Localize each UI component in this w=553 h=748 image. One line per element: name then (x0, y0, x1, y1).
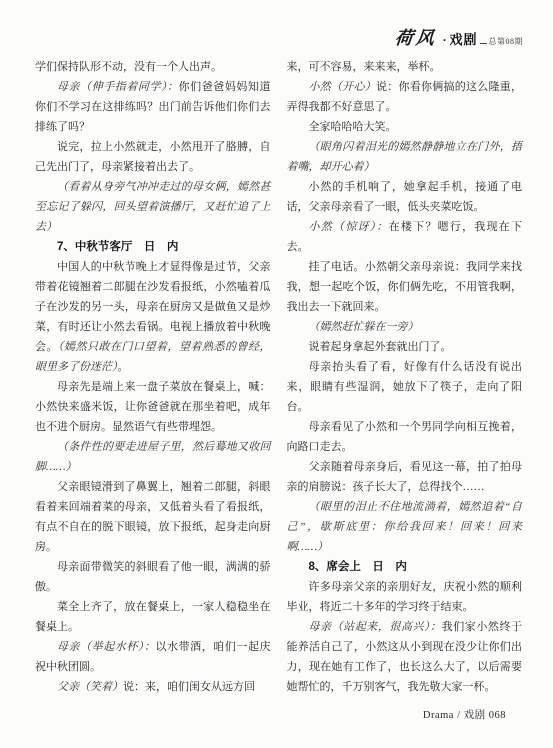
text-run: 说完，拉上小然就走，小然甩开了胳膊，自己先出门了，母亲紧接着出去了。 (35, 141, 271, 173)
script-paragraph: 来，可不容易，来来来，举杯。 (287, 57, 523, 77)
text-run: 7、中秋节客厅 日 内 (57, 241, 178, 253)
text-run: 母亲抬头看了看，好像有什么话没有说出来，眼睛有些湿润，她放下了筷子，走向了阳台。 (287, 361, 523, 413)
text-run: 母亲面带微笑的斜眼看了他一眼，满满的骄傲。 (35, 561, 271, 593)
script-paragraph: 小然的手机响了，她拿起手机，接通了电话，父亲母亲看了一眼，低头夹菜吃饭。 (287, 177, 523, 217)
text-run: （看着从身旁气冲冲走过的母女俩，嫣然甚至忘记了躲闪，回头望着演播厅，又赶忙追了上… (35, 181, 271, 233)
text-run: 许多母亲父亲的亲朋好友，庆祝小然的顺利毕业，将近二十多年的学习终于结束。 (287, 581, 523, 613)
script-paragraph: 许多母亲父亲的亲朋好友，庆祝小然的顺利毕业，将近二十多年的学习终于结束。 (287, 577, 523, 617)
text-run: 小然的手机响了，她拿起手机，接通了电话，父亲母亲看了一眼，低头夹菜吃饭。 (287, 181, 523, 213)
right-column: 来，可不容易，来来来，举杯。小然（开心）说：你看你俩搞的这么隆重，弄得我都不好意… (287, 57, 523, 697)
text-run: （嫣然赶忙躲在一旁） (309, 321, 419, 333)
script-paragraph: 全家哈哈哈大笑。 (287, 117, 523, 137)
character-cue: 父亲（笑着） (57, 681, 123, 693)
text-run: （条件性的要走进屋子里，然后蓦地又收回脚……） (35, 441, 271, 473)
script-paragraph: 菜全上齐了，放在餐桌上，一家人稳稳坐在餐桌上。 (35, 597, 271, 637)
text-run: 。 (118, 361, 129, 373)
script-paragraph: 母亲（伸手指着同学）：你们爸爸妈妈知道你们不学习在这排练吗？出门前告诉他们你们去… (35, 77, 271, 137)
text-run: 父亲眼镜滑到了鼻翼上，翘着二郎腿，斜眼看着来回端着菜的母亲，又低着头看了看报纸，… (35, 481, 271, 553)
text-run: 母亲先是端上来一盘子菜放在餐桌上，喊：小然快来盛米饭，让你爸爸就在那坐着吧，成年… (35, 381, 271, 433)
text-run: 菜全上齐了，放在餐桌上，一家人稳稳坐在餐桌上。 (35, 601, 271, 633)
text-run: 说着起身拿起外套就出门了。 (309, 341, 452, 353)
text-run: 来，可不容易，来来来，举杯。 (287, 61, 441, 73)
script-paragraph: 挂了电话。小然朝父亲母亲说：我同学来找我，想一起吃个饭，你们俩先吃，不用管我啊，… (287, 257, 523, 317)
stage-direction: （条件性的要走进屋子里，然后蓦地又收回脚……） (35, 437, 271, 477)
text-run: （眼角闪着泪光的嫣然静静地立在门外，捂着嘴，却开心着） (287, 141, 523, 173)
text-run: 中国人的中秋节晚上才显得像是过节，父亲带着花镜翘着二郎腿在沙发看报纸，小然嗑着瓜… (35, 261, 271, 353)
script-paragraph: 父亲（笑着）说：来，咱们闺女从远方回 (35, 677, 271, 697)
text-run: 挂了电话。小然朝父亲母亲说：我同学来找我，想一起吃个饭，你们俩先吃，不用管我啊，… (287, 261, 523, 313)
issue-number: 总第08期 (489, 36, 524, 47)
character-cue: 母亲（站起来，很高兴）： (309, 621, 442, 633)
script-paragraph: 母亲抬头看了看，好像有什么话没有说出来，眼睛有些湿润，她放下了筷子，走向了阳台。 (287, 357, 523, 417)
text-run: 8、席会上 日 内 (309, 561, 407, 573)
text-run: 说：来，咱们闺女从远方回 (123, 681, 255, 693)
script-paragraph: 母亲（举起水杯）：以水带酒，咱们一起庆祝中秋团圆。 (35, 637, 271, 677)
text-run: （眼里的泪止不住地流淌着，嫣然追着“自己”，歇斯底里：你给我回来！回来！回来啊…… (287, 501, 523, 553)
script-paragraph: 说着起身拿起外套就出门了。 (287, 337, 523, 357)
character-cue: 小然（开心） (309, 81, 377, 93)
magazine-page: 荷风 · 戏剧 总第08期 学们保持队形不动，没有一个人出声。母亲（伸手指着同学… (0, 0, 553, 748)
masthead-script-logo: 荷风 (394, 24, 439, 50)
page-footer-folio: Drama / 戏剧 068 (423, 707, 506, 722)
character-cue: 母亲（举起水杯）： (57, 641, 156, 653)
stage-direction: （眼里的泪止不住地流淌着，嫣然追着“自己”，歇斯底里：你给我回来！回来！回来啊…… (287, 497, 523, 557)
magazine-masthead: 荷风 · 戏剧 总第08期 (395, 24, 523, 50)
character-cue: （嫣然只敢在门口望着，望着熟悉的曾经，眼里多了份迷茫） (35, 341, 271, 373)
script-paragraph: 父亲眼镜滑到了鼻翼上，翘着二郎腿，斜眼看着来回端着菜的母亲，又低着头看了看报纸，… (35, 477, 271, 557)
script-text-area: 学们保持队形不动，没有一个人出声。母亲（伸手指着同学）：你们爸爸妈妈知道你们不学… (35, 57, 522, 697)
text-run: 母亲看见了小然和一个男同学向相互挽着，向路口走去。 (287, 421, 523, 453)
script-paragraph: 小然（惊讶）：在楼下？嗯行，我现在下去。 (287, 217, 523, 257)
scene-heading: 8、席会上 日 内 (287, 557, 523, 577)
script-paragraph: 学们保持队形不动，没有一个人出声。 (35, 57, 271, 77)
issue-separator-line (480, 43, 487, 44)
text-run: 学们保持队形不动，没有一个人出声。 (35, 61, 222, 73)
stage-direction: （嫣然赶忙躲在一旁） (287, 317, 523, 337)
script-paragraph: 母亲先是端上来一盘子菜放在餐桌上，喊：小然快来盛米饭，让你爸爸就在那坐着吧，成年… (35, 377, 271, 437)
left-column: 学们保持队形不动，没有一个人出声。母亲（伸手指着同学）：你们爸爸妈妈知道你们不学… (35, 57, 271, 697)
script-paragraph: 父亲随着母亲身后，看见这一幕，拍了拍母亲的肩膀说：孩子长大了，总得找个…… (287, 457, 523, 497)
script-paragraph: 中国人的中秋节晚上才显得像是过节，父亲带着花镜翘着二郎腿在沙发看报纸，小然嗑着瓜… (35, 257, 271, 377)
stage-direction: （看着从身旁气冲冲走过的母女俩，嫣然甚至忘记了躲闪，回头望着演播厅，又赶忙追了上… (35, 177, 271, 237)
masthead-section-title: 戏剧 (449, 29, 477, 48)
stage-direction: （眼角闪着泪光的嫣然静静地立在门外，捂着嘴，却开心着） (287, 137, 523, 177)
script-paragraph: 母亲看见了小然和一个男同学向相互挽着，向路口走去。 (287, 417, 523, 457)
script-paragraph: 母亲面带微笑的斜眼看了他一眼，满满的骄傲。 (35, 557, 271, 597)
text-run: 全家哈哈哈大笑。 (309, 121, 397, 133)
text-run: 父亲随着母亲身后，看见这一幕，拍了拍母亲的肩膀说：孩子长大了，总得找个…… (287, 461, 523, 493)
script-paragraph: 小然（开心）说：你看你俩搞的这么隆重，弄得我都不好意思了。 (287, 77, 523, 117)
character-cue: 母亲（伸手指着同学）： (57, 81, 179, 93)
masthead-dot-separator: · (442, 33, 446, 48)
scene-heading: 7、中秋节客厅 日 内 (35, 237, 271, 257)
script-paragraph: 母亲（站起来，很高兴）：我们家小然终于能养活自己了，小然这从小到现在没少让你们出… (287, 617, 523, 697)
script-paragraph: 说完，拉上小然就走，小然甩开了胳膊，自己先出门了，母亲紧接着出去了。 (35, 137, 271, 177)
character-cue: 小然（惊讶）： (309, 221, 389, 233)
